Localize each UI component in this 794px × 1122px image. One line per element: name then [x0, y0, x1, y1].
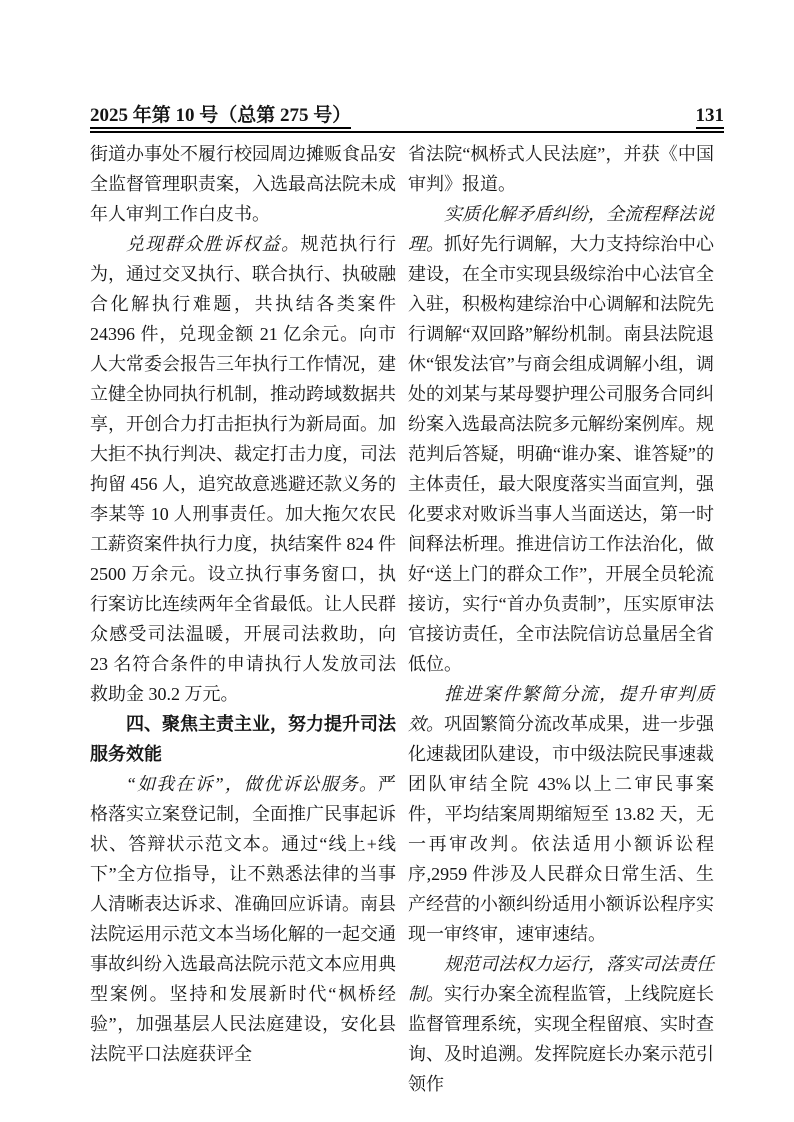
paragraph-text: 严格落实立案登记制，全面推广民事起诉状、答辩状示范文本。通过“线上+线下”全方位…: [90, 774, 396, 1064]
paragraph-text: 抓好先行调解，大力支持综治中心建设，在全市实现县级综治中心法官全入驻，积极构建综…: [408, 234, 714, 674]
paragraph-text: 街道办事处不履行校园周边摊贩食品安全监督管理职责案，入选最高法院未成年人审判工作…: [90, 144, 396, 224]
paragraph: 规范司法权力运行，落实司法责任制。实行办案全流程监管，上线院庭长监督管理系统，实…: [408, 949, 714, 1099]
paragraph: 兑现群众胜诉权益。规范执行行为，通过交叉执行、联合执行、执破融合化解执行难题，共…: [90, 229, 396, 709]
paragraph-text: 实行办案全流程监管，上线院庭长监督管理系统，实现全程留痕、实时查询、及时追溯。发…: [408, 984, 714, 1094]
paragraph-text: 省法院“枫桥式人民法庭”，并获《中国审判》报道。: [408, 144, 714, 194]
page-header: 2025 年第 10 号（总第 275 号） 131: [90, 106, 724, 133]
paragraph: 实质化解矛盾纠纷，全流程释法说理。抓好先行调解，大力支持综治中心建设，在全市实现…: [408, 199, 714, 679]
paragraph-text: 规范执行行为，通过交叉执行、联合执行、执破融合化解执行难题，共执结各类案件 24…: [90, 234, 396, 704]
paragraph-lead: “如我在诉”，做优诉讼服务。: [126, 774, 378, 794]
document-page: 2025 年第 10 号（总第 275 号） 131 街道办事处不履行校园周边摊…: [0, 0, 794, 1122]
paragraph: 推进案件繁简分流，提升审判质效。巩固繁简分流改革成果，进一步强化速裁团队建设，市…: [408, 679, 714, 949]
right-column: 省法院“枫桥式人民法庭”，并获《中国审判》报道。实质化解矛盾纠纷，全流程释法说理…: [408, 139, 714, 1099]
paragraph-text: 巩固繁简分流改革成果，进一步强化速裁团队建设，市中级法院民事速裁团队审结全院 4…: [408, 714, 714, 944]
page-number: 131: [696, 106, 725, 129]
paragraph: 街道办事处不履行校园周边摊贩食品安全监督管理职责案，入选最高法院未成年人审判工作…: [90, 139, 396, 229]
paragraph: “如我在诉”，做优诉讼服务。严格落实立案登记制，全面推广民事起诉状、答辩状示范文…: [90, 769, 396, 1069]
section-heading: 四、聚焦主责主业，努力提升司法服务效能: [90, 709, 396, 769]
left-column: 街道办事处不履行校园周边摊贩食品安全监督管理职责案，入选最高法院未成年人审判工作…: [90, 139, 396, 1099]
section-heading-text: 四、聚焦主责主业，努力提升司法服务效能: [90, 714, 396, 764]
issue-number: 2025 年第 10 号（总第 275 号）: [90, 106, 351, 129]
article-body: 街道办事处不履行校园周边摊贩食品安全监督管理职责案，入选最高法院未成年人审判工作…: [90, 139, 714, 1099]
paragraph: 省法院“枫桥式人民法庭”，并获《中国审判》报道。: [408, 139, 714, 199]
paragraph-lead: 兑现群众胜诉权益。: [126, 234, 300, 254]
